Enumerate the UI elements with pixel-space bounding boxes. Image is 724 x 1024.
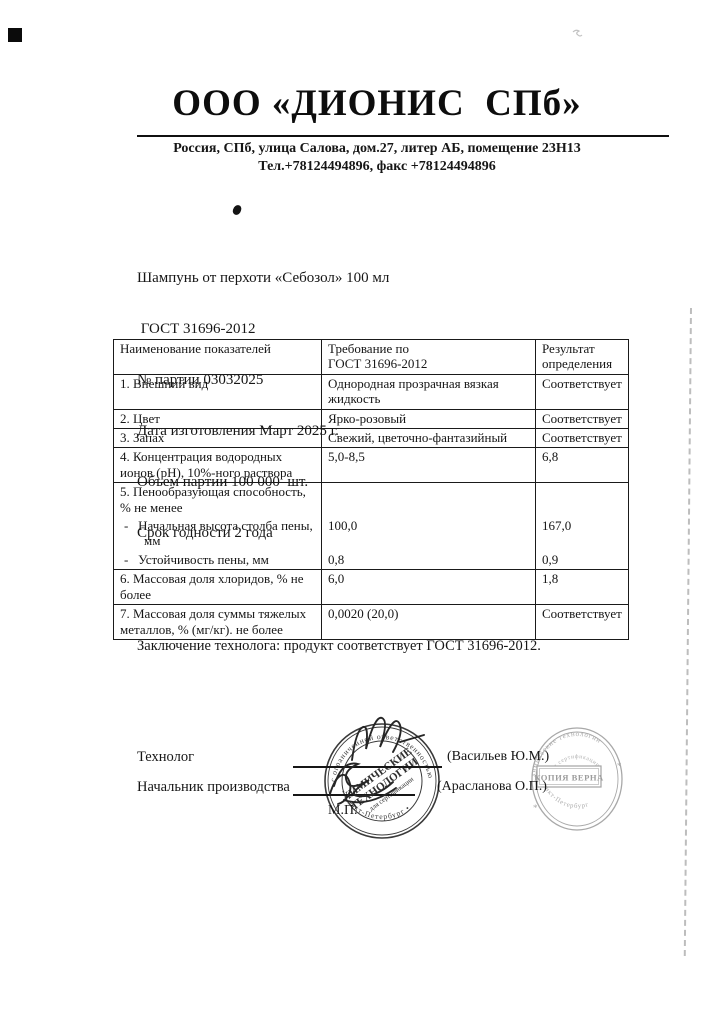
row-indicator-cell: 2. Цвет (114, 409, 322, 428)
row-indicator-cell: - Устойчивость пены, мм (114, 551, 322, 570)
header-requirement: Требование по ГОСТ 31696-2012 (322, 340, 536, 375)
row-requirement-cell: 100,0 (322, 517, 536, 551)
scan-ink-blob (232, 204, 242, 216)
letterhead-divider (137, 135, 669, 137)
company-phone: Тел.+78124494896, факс +78124494896 (30, 159, 724, 175)
test-results-table: Наименование показателей Требование по Г… (113, 339, 629, 640)
scan-edge-dashed-line (684, 308, 692, 956)
table-row: 4. Концентрация водородных ионов (рН), 1… (114, 448, 629, 483)
row-requirement-cell: 6,0 (322, 570, 536, 605)
table-row: - Начальная высота столба пены, мм100,01… (114, 517, 629, 551)
row-requirement-cell: Однородная прозрачная вязкая жидкость (322, 374, 536, 409)
signature-title-production-chief: Начальник производства (137, 779, 290, 796)
row-indicator-cell: - Начальная высота столба пены, мм (114, 517, 322, 551)
table-row: 1. Внешний видОднородная прозрачная вязк… (114, 374, 629, 409)
table-row: 7. Массовая доля суммы тяжелых металлов,… (114, 605, 629, 640)
scan-noise-top-right (571, 28, 583, 40)
table-row: 3. ЗапахСвежий, цветочно-фантазийныйСоот… (114, 429, 629, 448)
product-name-line: Шампунь от перхоти «Себозол» 100 мл (137, 270, 389, 287)
row-result-cell: 1,8 (536, 570, 629, 605)
header-indicator: Наименование показателей (114, 340, 322, 375)
row-requirement-cell (322, 483, 536, 517)
gost-line: ГОСТ 31696-2012 (137, 321, 389, 338)
table-row: 2. ЦветЯрко-розовыйСоответствует (114, 409, 629, 428)
scan-corner-mark (8, 28, 22, 42)
company-address: Россия, СПб, улица Салова, дом.27, литер… (30, 141, 724, 157)
row-requirement-cell: 0,0020 (20,0) (322, 605, 536, 640)
row-indicator-cell: 5. Пенообразующая способность, % не мене… (114, 483, 322, 517)
technologist-conclusion: Заключение технолога: продукт соответств… (137, 638, 541, 655)
company-name: ООО «ДИОНИС СПб» (30, 82, 724, 125)
row-requirement-cell: Ярко-розовый (322, 409, 536, 428)
row-indicator-cell: 4. Концентрация водородных ионов (рН), 1… (114, 448, 322, 483)
row-result-cell: 6,8 (536, 448, 629, 483)
row-indicator-cell: 3. Запах (114, 429, 322, 448)
table-row: 5. Пенообразующая способность, % не мене… (114, 483, 629, 517)
table-row: 6. Массовая доля хлоридов, % не более6,0… (114, 570, 629, 605)
row-indicator-cell: 1. Внешний вид (114, 374, 322, 409)
table-row: - Устойчивость пены, мм0,80,9 (114, 551, 629, 570)
row-result-cell (536, 483, 629, 517)
stamp-asterisk-right: * (617, 761, 622, 771)
row-result-cell: 0,9 (536, 551, 629, 570)
row-requirement-cell: 0,8 (322, 551, 536, 570)
row-indicator-cell: 7. Массовая доля суммы тяжелых металлов,… (114, 605, 322, 640)
row-requirement-cell: Свежий, цветочно-фантазийный (322, 429, 536, 448)
stamp-asterisk-left: * (533, 803, 538, 813)
row-result-cell: Соответствует (536, 374, 629, 409)
signature-title-technologist: Технолог (137, 749, 194, 766)
row-indicator-cell: 6. Массовая доля хлоридов, % не более (114, 570, 322, 605)
results-table-body: 1. Внешний видОднородная прозрачная вязк… (114, 374, 629, 639)
row-result-cell: Соответствует (536, 605, 629, 640)
handwritten-signatures (300, 698, 470, 828)
row-result-cell: Соответствует (536, 429, 629, 448)
row-result-cell: Соответствует (536, 409, 629, 428)
row-result-cell: 167,0 (536, 517, 629, 551)
row-requirement-cell: 5,0-8,5 (322, 448, 536, 483)
header-result: Результат определения (536, 340, 629, 375)
scanned-certificate-page: ООО «ДИОНИС СПб» Россия, СПб, улица Сало… (0, 0, 724, 1024)
table-header-row: Наименование показателей Требование по Г… (114, 340, 629, 375)
